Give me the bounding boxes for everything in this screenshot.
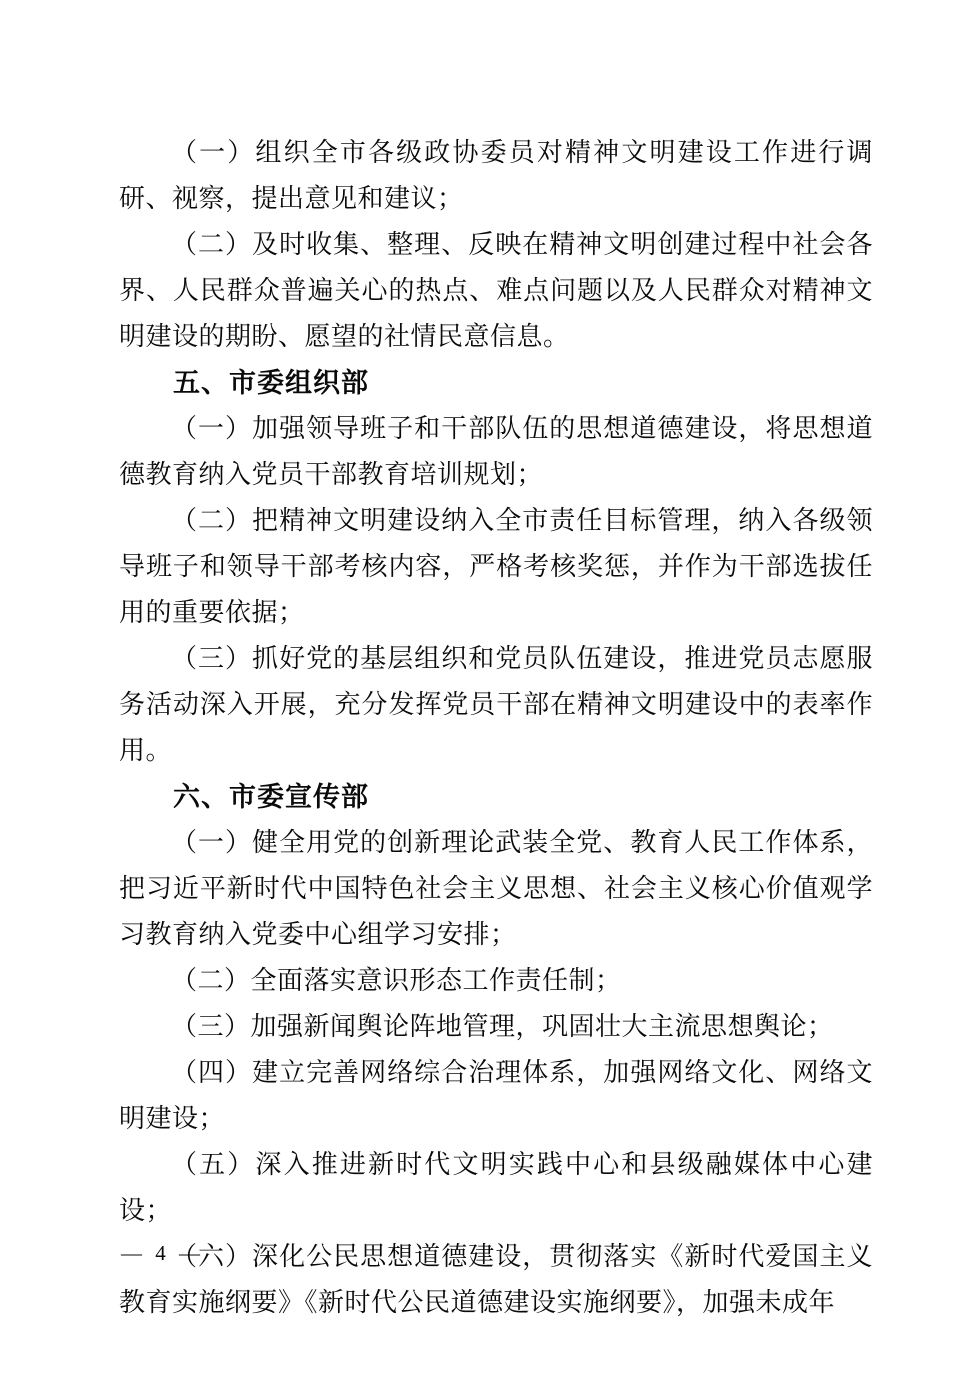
paragraph: （一）组织全市各级政协委员对精神文明建设工作进行调研、视察，提出意见和建议； <box>119 130 873 222</box>
paragraph: （二）全面落实意识形态工作责任制； <box>119 958 873 1004</box>
paragraph: （二）及时收集、整理、反映在精神文明创建过程中社会各界、人民群众普遍关心的热点、… <box>119 222 873 360</box>
document-page: （一）组织全市各级政协委员对精神文明建设工作进行调研、视察，提出意见和建议；（二… <box>0 0 980 1386</box>
paragraph: （三）抓好党的基层组织和党员队伍建设，推进党员志愿服务活动深入开展，充分发挥党员… <box>119 636 873 774</box>
paragraph: （三）加强新闻舆论阵地管理，巩固壮大主流思想舆论； <box>119 1004 873 1050</box>
section-heading: 六、市委宣传部 <box>119 774 873 820</box>
paragraph: （六）深化公民思想道德建设，贯彻落实《新时代爱国主义教育实施纲要》《新时代公民道… <box>119 1234 873 1326</box>
paragraph: （一）健全用党的创新理论武装全党、教育人民工作体系，把习近平新时代中国特色社会主… <box>119 820 873 958</box>
paragraph: （四）建立完善网络综合治理体系，加强网络文化、网络文明建设； <box>119 1050 873 1142</box>
document-body: （一）组织全市各级政协委员对精神文明建设工作进行调研、视察，提出意见和建议；（二… <box>119 130 873 1326</box>
page-number: — 4 — <box>121 1241 204 1265</box>
paragraph: （二）把精神文明建设纳入全市责任目标管理，纳入各级领导班子和领导干部考核内容，严… <box>119 498 873 636</box>
paragraph: （一）加强领导班子和干部队伍的思想道德建设，将思想道德教育纳入党员干部教育培训规… <box>119 406 873 498</box>
page-footer: — 4 — <box>121 1238 204 1268</box>
paragraph: （五）深入推进新时代文明实践中心和县级融媒体中心建设； <box>119 1142 873 1234</box>
section-heading: 五、市委组织部 <box>119 360 873 406</box>
